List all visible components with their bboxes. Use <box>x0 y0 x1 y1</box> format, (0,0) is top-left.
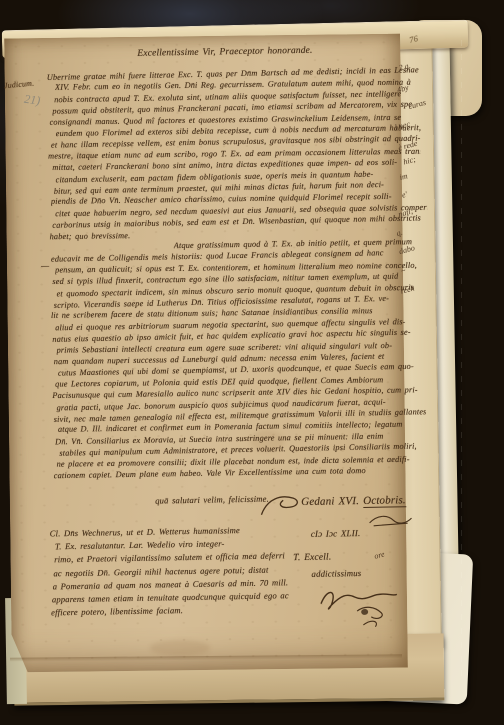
dateline-month: Octobris. <box>363 494 406 508</box>
closing-line: quā salutari velim, felicissime. <box>155 494 269 506</box>
edge-fragment: q. <box>395 228 403 238</box>
paraph-flourish-icon <box>259 492 301 519</box>
edge-fragment: im <box>399 171 409 182</box>
handwriting-layer: Excellentissime Vir, Praeceptor honorand… <box>0 0 504 725</box>
edge-fragment: e' <box>401 190 408 200</box>
archival-photo-manuscript-letter: { "colors": { "background": "#171008", "… <box>0 0 504 725</box>
margin-note: Judicum. <box>4 79 35 91</box>
edge-fragment: rech <box>400 283 416 295</box>
body-line: habet; quo brevissime. <box>49 230 130 242</box>
margin-mark: — <box>41 260 49 270</box>
edge-fragment: ore <box>373 549 385 560</box>
valediction-word: addictissimus <box>311 568 361 579</box>
letter-salutation: Excellentissime Vir, Praeceptor honorand… <box>137 46 312 59</box>
signature-flourish <box>317 584 402 629</box>
dateline: Gedani XVI. Octobris. <box>301 494 406 508</box>
pencil-folio-number: 21) <box>23 92 41 109</box>
edge-fragment: 4by <box>396 83 409 95</box>
edge-fragment: hic; <box>402 155 416 167</box>
ink-blot <box>361 609 368 615</box>
valediction-abbrev: T. Excell. <box>293 553 331 564</box>
corner-folio-number: 76 <box>408 33 419 45</box>
paraph-flourish-icon <box>367 512 413 529</box>
dateline-place: Gedani XVI. <box>301 495 359 508</box>
year-roman-numerals: cIɔ Iɔc XLII. <box>311 528 361 539</box>
postscript-line: efficere potero, libentissime faciam. <box>51 604 183 620</box>
